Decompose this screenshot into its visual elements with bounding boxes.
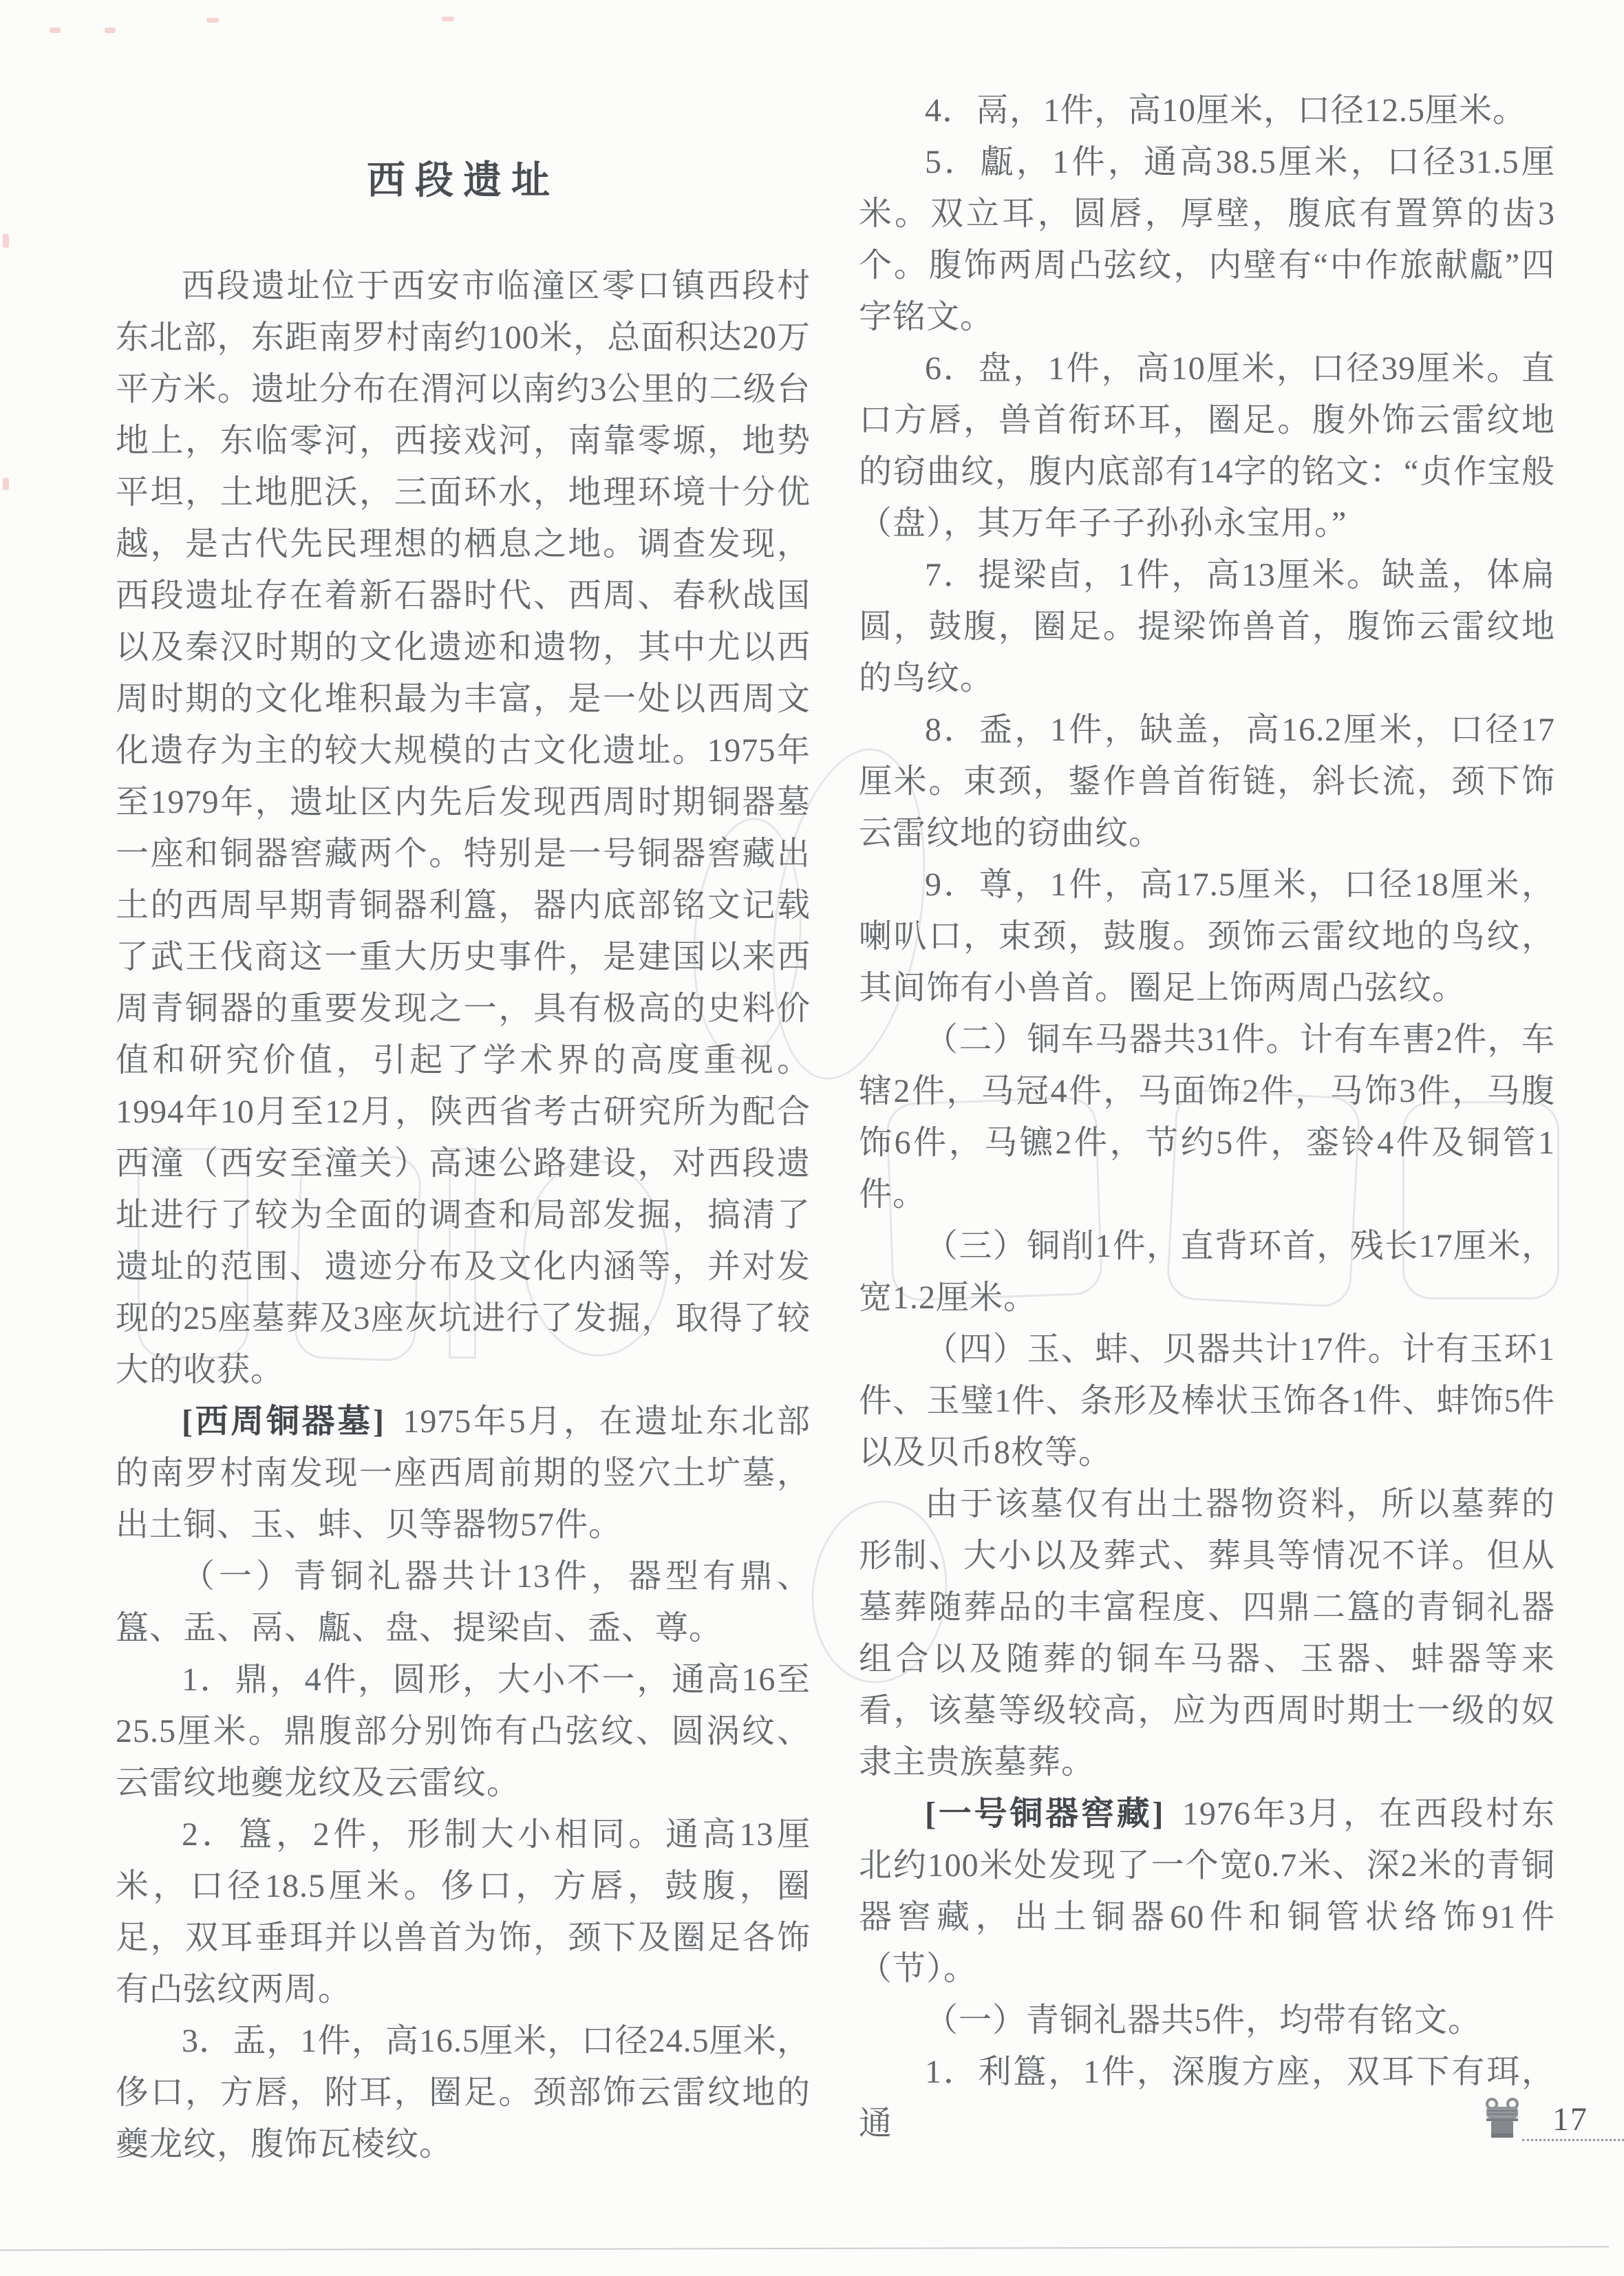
page-title: 西段遗址 <box>116 150 811 205</box>
scan-artifact <box>105 28 116 33</box>
paragraph: 由于该墓仅有出土器物资料，所以墓葬的形制、大小以及葬式、葬具等情况不详。但从墓葬… <box>859 1478 1555 1788</box>
bronze-ding-icon <box>1484 2098 1521 2142</box>
paragraph-tomb-entry: [西周铜器墓]1975年5月，在遗址东北部的南罗村南发现一座西周前期的竖穴土圹墓… <box>116 1396 811 1551</box>
paragraph: （三）铜削1件，直背环首，残长17厘米，宽1.2厘米。 <box>859 1220 1555 1323</box>
page-number: 17 <box>1552 2100 1588 2138</box>
paragraph: 4．鬲，1件，高10厘米，口径12.5厘米。 <box>859 85 1555 136</box>
entry-heading: [一号铜器窖藏] <box>925 1796 1164 1832</box>
right-column: 4．鬲，1件，高10厘米，口径12.5厘米。 5．甗，1件，通高38.5厘米，口… <box>859 85 1555 2149</box>
paragraph: 5．甗，1件，通高38.5厘米，口径31.5厘米。双立耳，圆唇，厚壁，腹底有置箅… <box>859 136 1555 343</box>
scan-artifact <box>442 17 454 21</box>
paragraph: （一）青铜礼器共计13件，器型有鼎、簋、盂、鬲、甗、盘、提梁卣、盉、尊。 <box>116 1551 811 1654</box>
paragraph: 7．提梁卣，1件，高13厘米。缺盖，体扁圆，鼓腹，圈足。提梁饰兽首，腹饰云雷纹地… <box>859 549 1555 704</box>
scan-artifact <box>50 28 61 33</box>
paragraph: 8．盉，1件，缺盖，高16.2厘米，口径17厘米。束颈，鋬作兽首衔链，斜长流，颈… <box>859 704 1555 859</box>
scanned-book-page: 西段遗址 西段遗址位于西安市临潼区零口镇西段村东北部，东距南罗村南约100米，总… <box>0 0 1624 2276</box>
paragraph: 3．盂，1件，高16.5厘米，口径24.5厘米，侈口，方唇，附耳，圈足。颈部饰云… <box>116 2015 811 2170</box>
scan-artifact <box>206 18 219 23</box>
paragraph-hoard-entry: [一号铜器窖藏]1976年3月，在西段村东北约100米处发现了一个宽0.7米、深… <box>859 1788 1555 1995</box>
paragraph-intro: 西段遗址位于西安市临潼区零口镇西段村东北部，东距南罗村南约100米，总面积达20… <box>116 260 811 1396</box>
paragraph: 6．盘，1件，高10厘米，口径39厘米。直口方唇，兽首衔环耳，圈足。腹外饰云雷纹… <box>859 343 1555 549</box>
entry-heading: [西周铜器墓] <box>182 1403 385 1440</box>
scan-edge-line <box>0 2246 1609 2251</box>
paragraph: （二）铜车马器共31件。计有车軎2件，车辖2件，马冠4件，马面饰2件，马饰3件，… <box>859 1014 1555 1220</box>
scan-artifact <box>3 478 9 490</box>
paragraph: 2．簋，2件，形制大小相同。通高13厘米，口径18.5厘米。侈口，方唇，鼓腹，圈… <box>116 1809 811 2015</box>
left-column: 西段遗址位于西安市临潼区零口镇西段村东北部，东距南罗村南约100米，总面积达20… <box>116 260 811 2170</box>
paragraph: （四）玉、蚌、贝器共计17件。计有玉环1件、玉璧1件、条形及棒状玉饰各1件、蚌饰… <box>859 1323 1555 1478</box>
paragraph: 9．尊，1件，高17.5厘米，口径18厘米，喇叭口，束颈，鼓腹。颈饰云雷纹地的鸟… <box>859 859 1555 1014</box>
scan-artifact <box>3 234 9 248</box>
paragraph: 1．利簋，1件，深腹方座，双耳下有珥，通 <box>859 2046 1555 2149</box>
paragraph: （一）青铜礼器共5件，均带有铭文。 <box>859 1995 1555 2046</box>
paragraph: 1．鼎，4件，圆形，大小不一，通高16至25.5厘米。鼎腹部分别饰有凸弦纹、圆涡… <box>116 1654 811 1809</box>
